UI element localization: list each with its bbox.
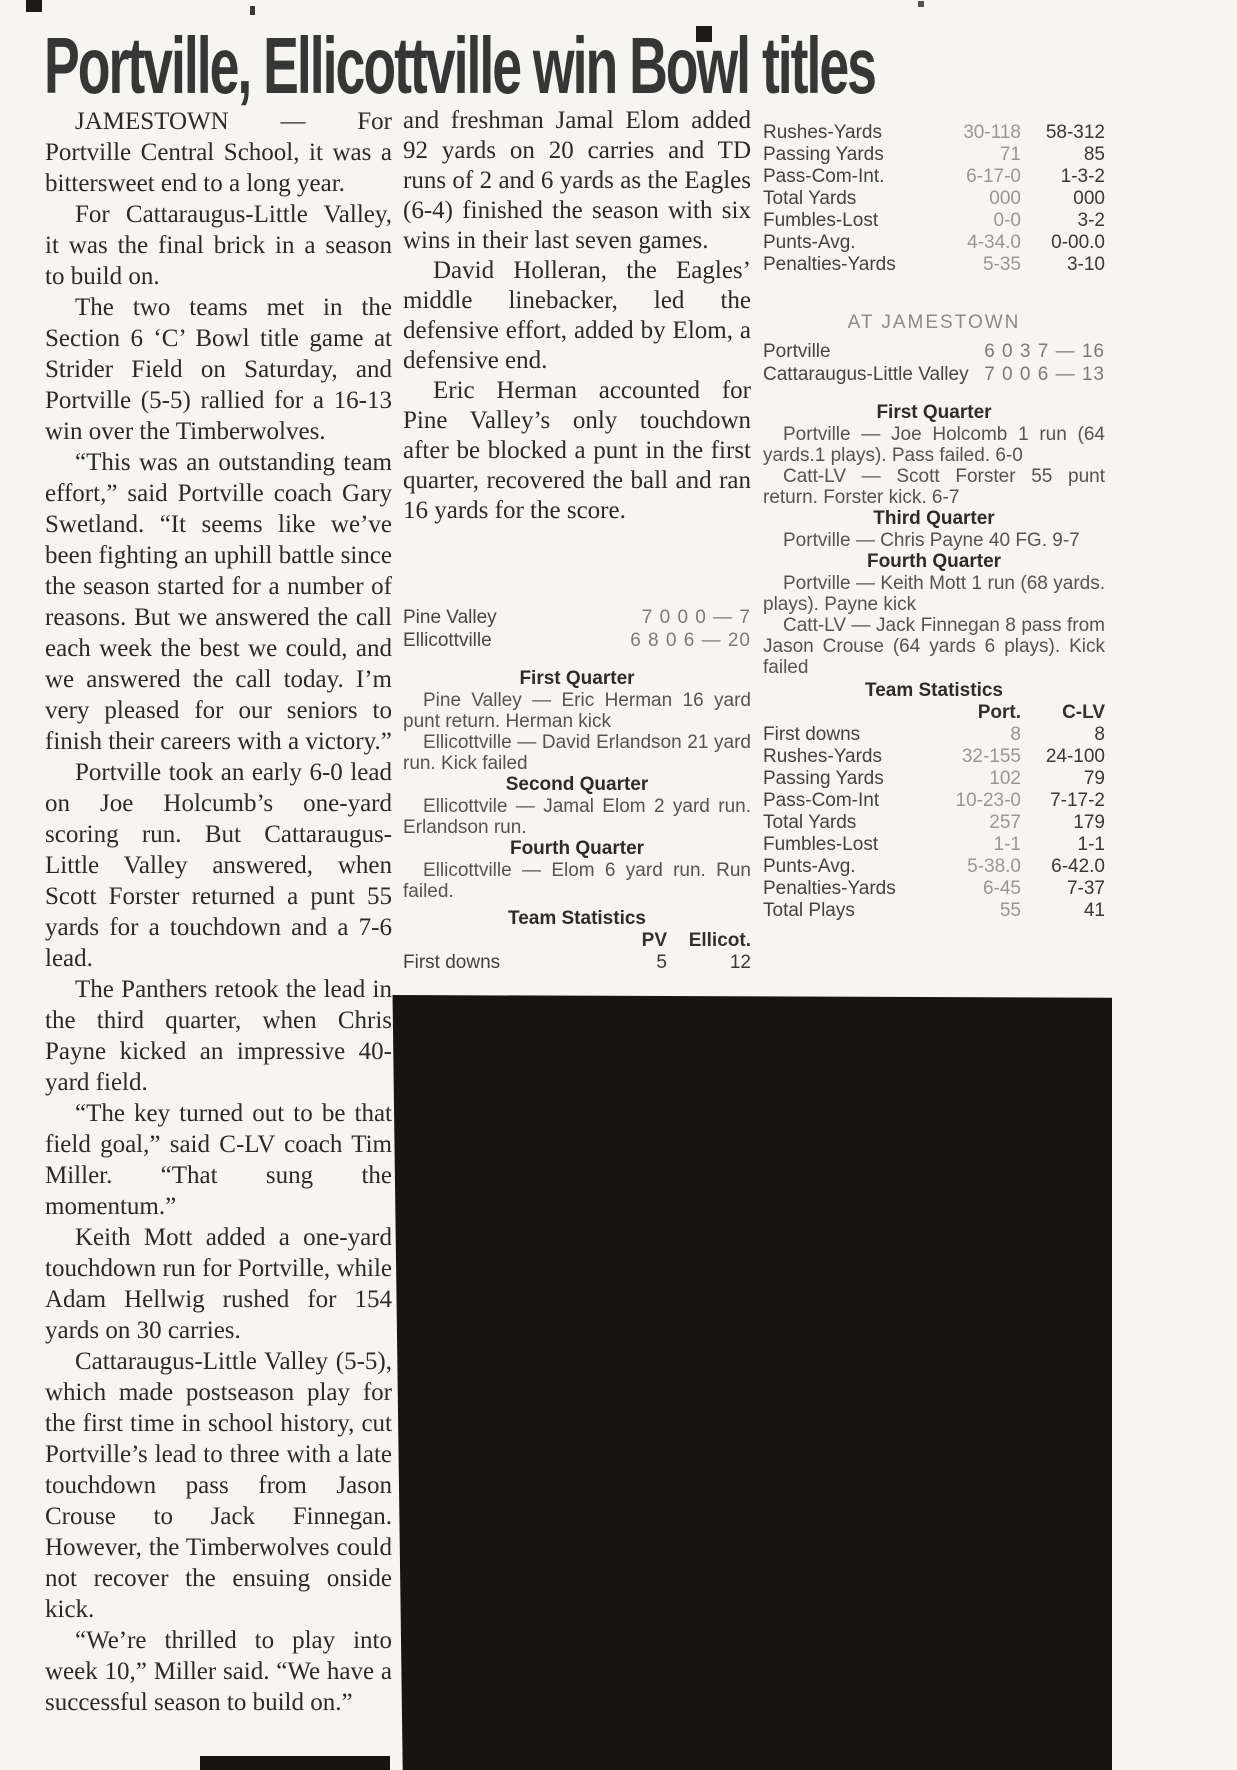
linescore-row: Ellicottville 6 8 0 6 — 20 bbox=[403, 629, 751, 652]
team-stats-port-clv: Team Statistics Port. C-LV First downs 8… bbox=[763, 680, 1105, 922]
team-name: Ellicottville bbox=[403, 629, 492, 652]
stats-header-row: Port. C-LV bbox=[763, 702, 1105, 724]
scoring-item: Portville — Chris Payne 40 FG. 9-7 bbox=[763, 530, 1105, 551]
scoring-item: Ellicottville — David Erlandson 21 yard … bbox=[403, 732, 751, 774]
article-paragraph: For Cattaraugus-Little Valley, it was th… bbox=[45, 199, 392, 292]
team-stats-pv-ev: Team Statistics PV Ellicot. First downs … bbox=[403, 908, 751, 974]
article-paragraph: JAMESTOWN — For Portville Central School… bbox=[45, 106, 392, 199]
stats-row: First downs 5 12 bbox=[403, 952, 751, 974]
article-paragraph: “The key turned out to be that field goa… bbox=[45, 1098, 392, 1222]
article-column-middle: and freshman Jamal Elom added 92 yards o… bbox=[403, 106, 751, 526]
scan-artifact bbox=[918, 1, 924, 7]
scoring-summary-pv-ev: First Quarter Pine Valley — Eric Herman … bbox=[403, 668, 751, 902]
linescore-row: Portville 6 0 3 7 — 16 bbox=[763, 340, 1105, 363]
stats-row: Pass-Com-Int. 6-17-0 1-3-2 bbox=[763, 166, 1105, 188]
stats-row: Punts-Avg. 4-34.0 0-00.0 bbox=[763, 232, 1105, 254]
stats-col-header: C-LV bbox=[1021, 702, 1105, 724]
article-paragraph: “This was an outstanding team effort,” s… bbox=[45, 447, 392, 757]
team-score: 7 0 0 0 — 7 bbox=[642, 606, 751, 629]
scan-artifact bbox=[26, 0, 42, 12]
team-stats-continued: Rushes-Yards 30-118 58-312 Passing Yards… bbox=[763, 122, 1105, 276]
scoring-item: Portville — Keith Mott 1 run (68 yards. … bbox=[763, 573, 1105, 615]
linescore-row: Cattaraugus-Little Valley 7 0 0 6 — 13 bbox=[763, 363, 1105, 386]
stats-col-header: PV bbox=[597, 930, 667, 952]
stats-row: Penalties-Yards 6-45 7-37 bbox=[763, 878, 1105, 900]
article-paragraph: “We’re thrilled to play into week 10,” M… bbox=[45, 1625, 392, 1718]
stats-row: Rushes-Yards 32-155 24-100 bbox=[763, 746, 1105, 768]
article-paragraph: Portville took an early 6-0 lead on Joe … bbox=[45, 757, 392, 974]
stats-row: Rushes-Yards 30-118 58-312 bbox=[763, 122, 1105, 144]
stats-col-header: Ellicot. bbox=[667, 930, 751, 952]
quarter-heading: Second Quarter bbox=[403, 774, 751, 796]
article-column-left: JAMESTOWN — For Portville Central School… bbox=[45, 106, 392, 1718]
scoring-item: Ellicottville — Elom 6 yard run. Run fai… bbox=[403, 860, 751, 902]
stats-header-row: PV Ellicot. bbox=[403, 930, 751, 952]
article-paragraph: and freshman Jamal Elom added 92 yards o… bbox=[403, 106, 751, 256]
article-paragraph: Eric Herman accounted for Pine Valley’s … bbox=[403, 376, 751, 526]
article-paragraph: Cattaraugus-Little Valley (5-5), which m… bbox=[45, 1346, 392, 1625]
stats-col-header: Port. bbox=[951, 702, 1021, 724]
team-score: 7 0 0 6 — 13 bbox=[984, 363, 1105, 386]
headline: Portville, Ellicottville win Bowl titles bbox=[44, 20, 875, 112]
redaction-box bbox=[386, 995, 1112, 1770]
stats-row: Pass-Com-Int 10-23-0 7-17-2 bbox=[763, 790, 1105, 812]
scoring-item: Catt-LV — Jack Finnegan 8 pass from Jaso… bbox=[763, 615, 1105, 678]
quarter-heading: Fourth Quarter bbox=[403, 838, 751, 860]
team-name: Portville bbox=[763, 340, 831, 363]
quarter-heading: Fourth Quarter bbox=[763, 551, 1105, 573]
quarter-heading: First Quarter bbox=[763, 402, 1105, 424]
team-name: Pine Valley bbox=[403, 606, 497, 629]
scoring-item: Ellicottvile — Jamal Elom 2 yard run. Er… bbox=[403, 796, 751, 838]
quarter-heading: First Quarter bbox=[403, 668, 751, 690]
quarter-heading: Third Quarter bbox=[763, 508, 1105, 530]
article-paragraph: The Panthers retook the lead in the thir… bbox=[45, 974, 392, 1098]
team-name: Cattaraugus-Little Valley bbox=[763, 363, 969, 386]
stats-row: Penalties-Yards 5-35 3-10 bbox=[763, 254, 1105, 276]
team-score: 6 8 0 6 — 20 bbox=[630, 629, 751, 652]
game-location: AT JAMESTOWN bbox=[763, 312, 1105, 334]
team-score: 6 0 3 7 — 16 bbox=[984, 340, 1105, 363]
scoring-item: Pine Valley — Eric Herman 16 yard punt r… bbox=[403, 690, 751, 732]
stats-row: Passing Yards 102 79 bbox=[763, 768, 1105, 790]
linescore-port-clv: Portville 6 0 3 7 — 16 Cattaraugus-Littl… bbox=[763, 340, 1105, 386]
scoring-item: Catt-LV — Scott Forster 55 punt return. … bbox=[763, 466, 1105, 508]
scan-artifact bbox=[250, 6, 255, 15]
redaction-strip bbox=[200, 1756, 390, 1770]
stats-title: Team Statistics bbox=[763, 680, 1105, 702]
stats-title: Team Statistics bbox=[403, 908, 751, 930]
stats-row: Total Yards 257 179 bbox=[763, 812, 1105, 834]
newspaper-page: Portville, Ellicottville win Bowl titles… bbox=[0, 0, 1237, 1770]
linescore-pv-ev: Pine Valley 7 0 0 0 — 7 Ellicottville 6 … bbox=[403, 606, 751, 652]
stats-row: Total Plays 55 41 bbox=[763, 900, 1105, 922]
stats-row: Passing Yards 71 85 bbox=[763, 144, 1105, 166]
article-paragraph: David Holleran, the Eagles’ middle lineb… bbox=[403, 256, 751, 376]
stats-row: First downs 8 8 bbox=[763, 724, 1105, 746]
article-paragraph: Keith Mott added a one-yard touchdown ru… bbox=[45, 1222, 392, 1346]
scoring-item: Portville — Joe Holcomb 1 run (64 yards.… bbox=[763, 424, 1105, 466]
stats-row: Punts-Avg. 5-38.0 6-42.0 bbox=[763, 856, 1105, 878]
article-paragraph: The two teams met in the Section 6 ‘C’ B… bbox=[45, 292, 392, 447]
linescore-row: Pine Valley 7 0 0 0 — 7 bbox=[403, 606, 751, 629]
stats-row: Total Yards 000 000 bbox=[763, 188, 1105, 210]
scoring-summary-port-clv: First Quarter Portville — Joe Holcomb 1 … bbox=[763, 402, 1105, 678]
stats-row: Fumbles-Lost 1-1 1-1 bbox=[763, 834, 1105, 856]
stats-row: Fumbles-Lost 0-0 3-2 bbox=[763, 210, 1105, 232]
